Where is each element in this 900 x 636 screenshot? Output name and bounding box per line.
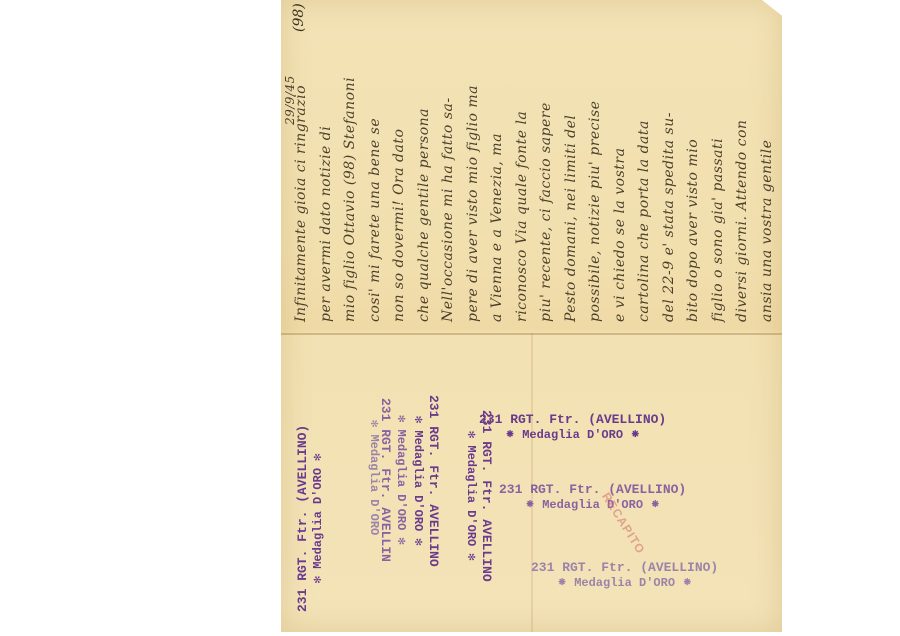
page-number: (98) — [291, 3, 307, 32]
handwritten-line: figlio o sono gia' passati — [710, 138, 726, 322]
stamp-medal-line: ✻ Medaglia D'ORO ✻ — [393, 398, 408, 562]
handwritten-line: del 22-9 e' stata spedita su- — [661, 112, 677, 322]
stamp-horizontal-3: 231 RGT. Ftr. (AVELLINO) ⁕ Medaglia D'OR… — [531, 560, 718, 591]
letter-date: 29/9/45 — [283, 75, 297, 125]
stamp-vertical-1: 231 RGT. Ftr. (AVELLINO) ✻ Medaglia D'OR… — [295, 425, 326, 612]
handwritten-line: cartolina che porta la data — [636, 120, 652, 322]
stamp-medal-line: ✻ Medaglia D'ORO ✻ — [311, 425, 326, 612]
handwritten-line: Nell'occasione mi ha fatto sa- — [440, 97, 456, 322]
handwritten-line: diversi giorni. Attendo con — [734, 120, 750, 322]
handwritten-line: cosi' mi farete una bene se — [367, 118, 383, 322]
stamp-vertical-4: 231 RGT. Ftr. AVELLINO ✻ Medaglia D'ORO … — [410, 395, 441, 567]
stamp-medal-line: ⁕ Medaglia D'ORO ⁕ — [499, 498, 686, 513]
letter-page: Infinitamente gioia ci ringrazioper aver… — [281, 0, 782, 632]
stamp-medal-line: ✻ Medaglia D'ORO ✻ — [410, 395, 425, 567]
handwritten-line: ansia una vostra gentile — [759, 140, 775, 322]
handwritten-line: a Vienna e a Venezia, ma — [489, 133, 505, 322]
handwritten-line: per avermi dato notizie di — [318, 126, 334, 322]
handwritten-line: possibile, notizie piu' precise — [587, 101, 603, 322]
handwritten-line: e vi chiedo se la vostra — [612, 148, 628, 322]
stamp-medal-line: ✻ Medaglia D'ORO — [366, 420, 381, 535]
handwritten-line: bito dopo aver visto mio — [685, 139, 701, 322]
handwritten-line: Pesto domani, nei limiti del — [563, 115, 579, 322]
stamp-vertical-3: ✻ Medaglia D'ORO — [366, 420, 381, 535]
handwritten-line: che qualche gentile persona — [416, 108, 432, 322]
handwritten-line: non so dovermi! Ora dato — [391, 129, 407, 322]
stamp-horizontal-2: 231 RGT. Ftr. (AVELLINO) ⁕ Medaglia D'OR… — [499, 482, 686, 513]
handwritten-line: mio figlio Ottavio (98) Stefanoni — [342, 77, 358, 322]
handwritten-line: piu' recente, ci faccio sapere — [538, 102, 554, 322]
stamp-vertical-2: ✻ Medaglia D'ORO ✻ 231 RGT. Ftr. AVELLIN — [377, 398, 408, 562]
stamp-medal-line: ✻ Medaglia D'ORO ✻ — [463, 410, 478, 582]
stamp-medal-line: ⁕ Medaglia D'ORO ⁕ — [531, 576, 718, 591]
handwritten-line: pere di aver visto mio figlio ma — [465, 85, 481, 322]
stamp-horizontal-1: 231 RGT. Ftr. (AVELLINO) ⁕ Medaglia D'OR… — [479, 412, 666, 443]
stamp-medal-line: ⁕ Medaglia D'ORO ⁕ — [479, 428, 666, 443]
handwritten-line: riconosco Via quale fonte la — [514, 111, 530, 322]
handwritten-text: Infinitamente gioia ci ringrazioper aver… — [281, 0, 782, 333]
